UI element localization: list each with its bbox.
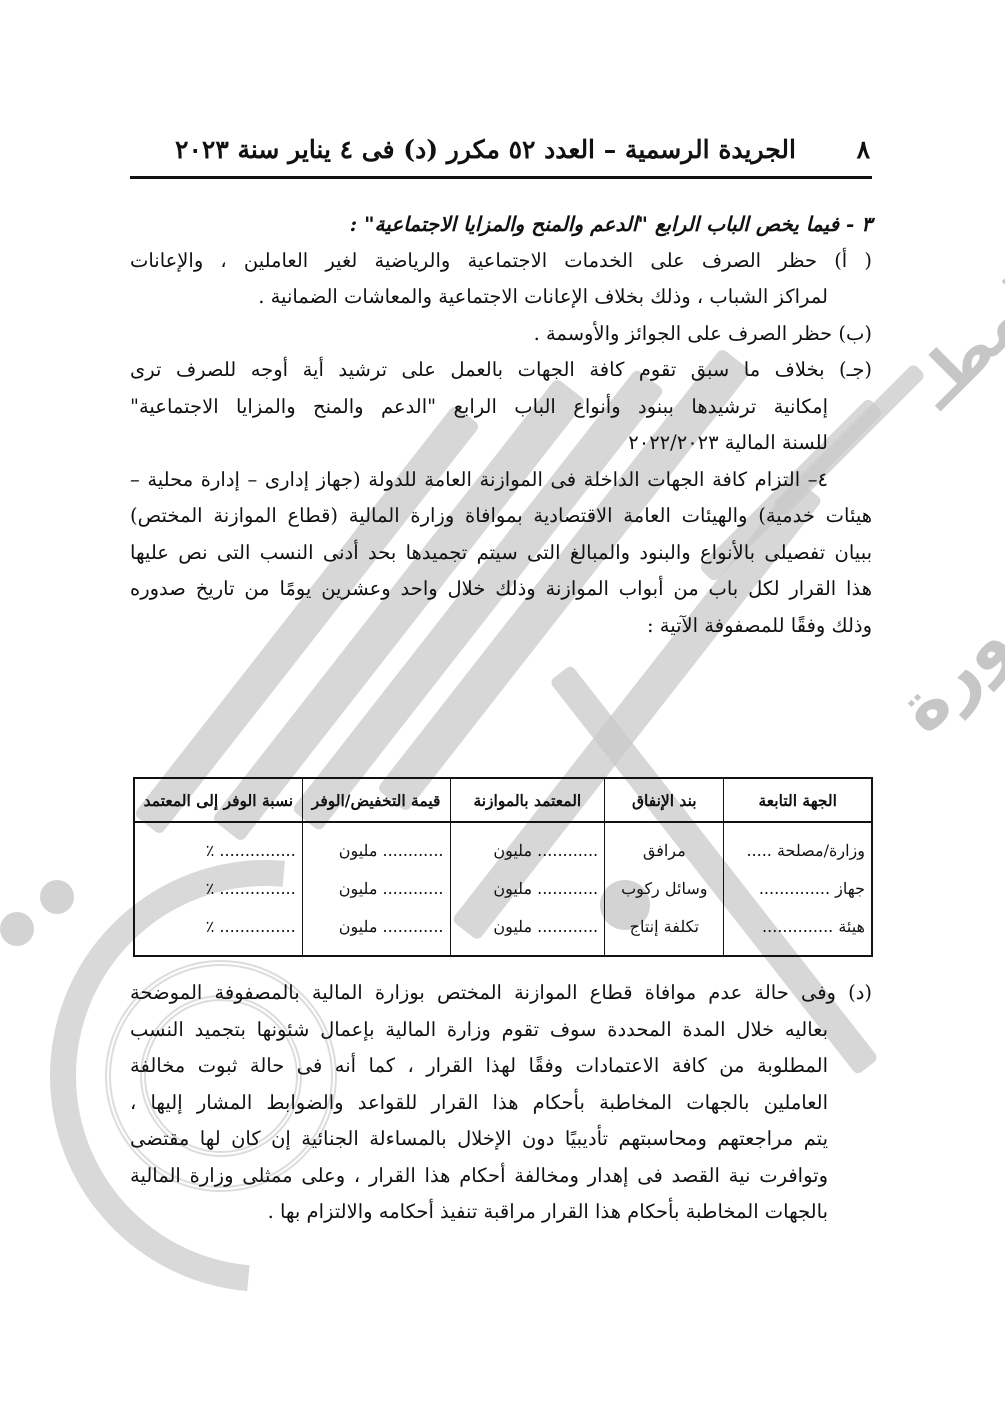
cell-percentage: ............... ٪ <box>134 907 302 956</box>
cell-approved: ............ مليون <box>450 907 605 956</box>
paragraph-line: بعاليه خلال المدة المحددة سوف تقوم وزارة… <box>130 1012 872 1049</box>
page-header: ٨ الجريدة الرسمية – العدد ٥٢ مكرر (د) فى… <box>130 124 872 174</box>
cell-percentage: ............... ٪ <box>134 869 302 907</box>
table-row: هيئة .............. تكلفة إنتاج ........… <box>134 907 872 956</box>
table-header-row: الجهة التابعة بند الإنفاق المعتمد بالموا… <box>134 778 872 822</box>
paragraph-line: (د) وفى حالة عدم موافاة قطاع الموازنة ال… <box>130 975 872 1012</box>
section-heading: ٣ - فيما يخص الباب الرابع "الدعم والمنح … <box>130 206 872 243</box>
cell-percentage: ............... ٪ <box>134 822 302 869</box>
paragraph-line: المطلوبة من كافة الاعتمادات وفقًا لهذا ا… <box>130 1048 872 1085</box>
paragraph-line: العاملين بالجهات المخاطبة بأحكام هذا الق… <box>130 1085 872 1122</box>
paragraph-line: يتم مراجعتهم ومحاسبتهم تأديبيًا دون الإخ… <box>130 1121 872 1158</box>
paragraph-line: هيئات خدمية) والهيئات العامة الاقتصادية … <box>130 498 872 535</box>
table-row: جهاز .............. وسائل ركوب .........… <box>134 869 872 907</box>
cell-entity: وزارة/مصلحة ..... <box>724 822 872 869</box>
column-header-item: بند الإنفاق <box>605 778 724 822</box>
column-header-approved: المعتمد بالموازنة <box>450 778 605 822</box>
paragraph-line: إمكانية ترشيدها ببنود وأنواع الباب الراب… <box>130 389 872 426</box>
paragraph-line: لمراكز الشباب ، وذلك بخلاف الإعانات الاج… <box>130 279 872 316</box>
cell-entity: جهاز .............. <box>724 869 872 907</box>
paragraph-line: (جـ) بخلاف ما سبق تقوم كافة الجهات بالعم… <box>130 352 872 389</box>
cell-cut: ............ مليون <box>302 822 450 869</box>
paragraph-line: للسنة المالية ٢٠٢٢/٢٠٢٣ <box>130 425 872 462</box>
column-header-entity: الجهة التابعة <box>724 778 872 822</box>
watermark-dot <box>0 912 34 946</box>
section-3: ٣ - فيما يخص الباب الرابع "الدعم والمنح … <box>130 206 872 644</box>
watermark-text: المطـ <box>900 248 1005 423</box>
column-header-percentage: نسبة الوفر إلى المعتمد <box>134 778 302 822</box>
cell-approved: ............ مليون <box>450 869 605 907</box>
cell-item: مرافق <box>605 822 724 869</box>
cell-item: تكلفة إنتاج <box>605 907 724 956</box>
cell-entity: هيئة .............. <box>724 907 872 956</box>
paragraph-line: هذا القرار لكل باب من أبواب الموازنة وذل… <box>130 571 872 608</box>
paragraph-line: ببيان تفصيلى بالأنواع والبنود والمبالغ ا… <box>130 535 872 572</box>
paragraph-line: وذلك وفقًا للمصفوفة الآتية : <box>130 608 872 645</box>
gazette-title: الجريدة الرسمية – العدد ٥٢ مكرر (د) فى ٤… <box>175 135 796 164</box>
paragraph-line: ٤– التزام كافة الجهات الداخلة فى الموازن… <box>130 462 872 499</box>
header-divider <box>130 176 872 179</box>
paragraph-line: (ب) حظر الصرف على الجوائز والأوسمة . <box>130 316 872 353</box>
watermark-text: صورة <box>880 553 1005 748</box>
paragraph-line: وتوافرت نية القصد فى إهدار ومخالفة أحكام… <box>130 1158 872 1195</box>
page-number: ٨ <box>830 135 870 164</box>
section-d: (د) وفى حالة عدم موافاة قطاع الموازنة ال… <box>130 975 872 1231</box>
savings-matrix-table: الجهة التابعة بند الإنفاق المعتمد بالموا… <box>133 777 873 957</box>
cell-cut: ............ مليون <box>302 869 450 907</box>
paragraph-line: بالجهات المخاطبة بأحكام هذا القرار مراقب… <box>130 1194 872 1231</box>
column-header-cut: قيمة التخفيض/الوفر <box>302 778 450 822</box>
cell-approved: ............ مليون <box>450 822 605 869</box>
table-row: وزارة/مصلحة ..... مرافق ............ ملي… <box>134 822 872 869</box>
cell-item: وسائل ركوب <box>605 869 724 907</box>
watermark-dot <box>40 880 74 914</box>
cell-cut: ............ مليون <box>302 907 450 956</box>
paragraph-line: ( أ) حظر الصرف على الخدمات الاجتماعية وا… <box>130 243 872 280</box>
